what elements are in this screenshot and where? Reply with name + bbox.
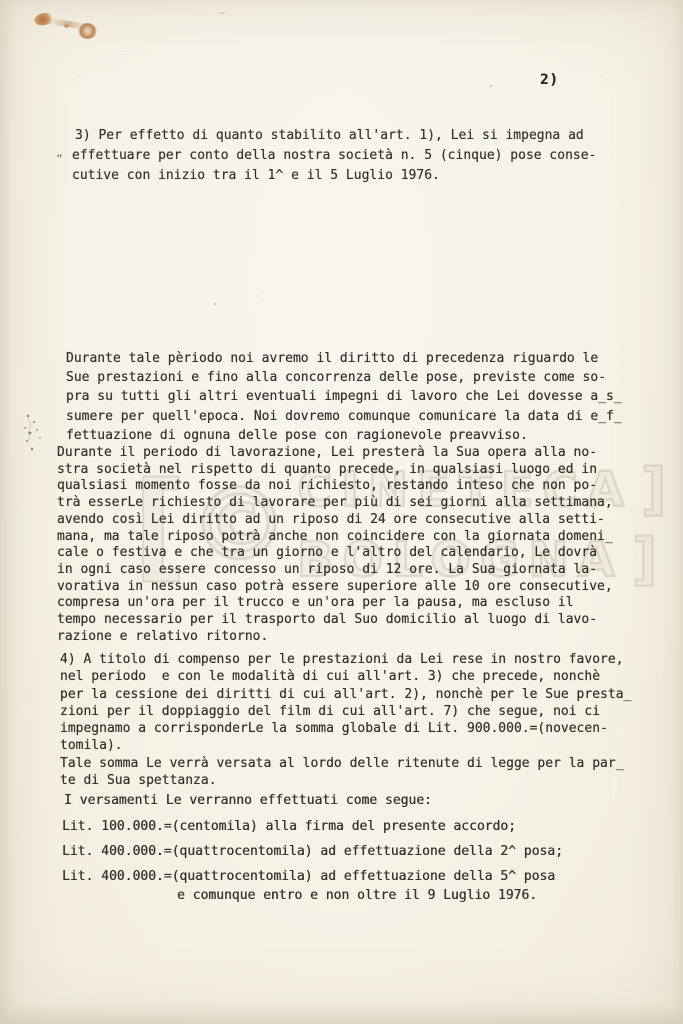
scanned-document-page: [ © CINETECA ] BOLOGNA ] 2) „ 3) Per eff… (0, 0, 683, 1024)
text-line: pra su tutti gli altri eventuali impegni… (66, 387, 622, 406)
text-line: per la cessione dei diritti di cui all'a… (60, 686, 631, 703)
text-line: sumere per quell'epoca. Noi dovremo comu… (66, 407, 622, 426)
rust-stain-dot (64, 24, 69, 28)
text-line: in ogni caso essere concesso un riposo d… (57, 562, 613, 579)
precedence-paragraph: Durante tale pèriodo noi avremo il dirit… (66, 349, 622, 445)
text-line: 4) A titolo di compenso per le prestazio… (60, 651, 631, 668)
paper-speck (490, 85, 492, 87)
page-number: 2) (540, 72, 559, 88)
text-line: tomila). (60, 737, 631, 754)
text-line: te di Sua spettanza. (60, 772, 631, 789)
text-line: compresa un'ora per il trucco e un'ora p… (57, 595, 613, 612)
text-line: effettuare per conto della nostra societ… (72, 146, 596, 166)
text-line: tempo necessario per il trasporto dal Su… (57, 612, 613, 629)
text-line: razione e relativo ritorno. (57, 629, 613, 646)
paper-speck (257, 295, 259, 297)
text-line: stra società nel rispetto di quanto prec… (57, 462, 613, 479)
text-line: zioni per il doppiaggio del film di cui … (60, 703, 631, 720)
text-line: qualsiasi momento fosse da noi richiesto… (57, 478, 613, 495)
text-line: trà esserLe richiesto di lavorare per pi… (57, 495, 613, 512)
payment-item: Lit. 400.000.=(quattrocentomila) ad effe… (62, 844, 563, 859)
text-line: vorativa in nessun caso potrà essere sup… (57, 579, 613, 596)
text-line: Durante tale pèriodo noi avremo il dirit… (66, 349, 622, 368)
rust-stain (78, 23, 97, 39)
watermark-bracket-right-icon: ] (632, 525, 658, 595)
text-line: cale o festiva e che tra un giorno e l'a… (57, 545, 613, 562)
paper-speck (214, 303, 216, 305)
text-line: Sue prestazioni e fino alla concorrenza … (66, 368, 622, 387)
text-line: avendo così Lei diritto ad un riposo di … (57, 512, 613, 529)
text-line: impegnamo a corrisponderLe la somma glob… (60, 720, 631, 737)
payment-item: Lit. 100.000.=(centomila) alla firma del… (62, 819, 516, 834)
margin-ink-scribble (16, 408, 54, 464)
paper-speck (219, 12, 225, 14)
clause-4-paragraph: 4) A titolo di compenso per le prestazio… (60, 651, 631, 789)
text-line: fettuazione di ognuna delle pose con rag… (66, 426, 622, 445)
text-line: Tale somma Le verrà versata al lordo del… (60, 755, 631, 772)
margin-mark: „ (56, 146, 63, 159)
payment-item-continuation: e comunque entro e non oltre il 9 Luglio… (177, 888, 537, 903)
payment-item: Lit. 400.000.=(quattrocentomila) ad effe… (62, 869, 555, 884)
working-period-paragraph: Durante il periodo di lavorazione, Lei p… (57, 445, 613, 645)
payments-intro: I versamenti Le verranno effettuati come… (64, 793, 432, 808)
watermark-bracket-right-icon: ] (641, 455, 667, 525)
text-line: 3) Per effetto di quanto stabilito all'a… (72, 126, 596, 146)
text-line: Durante il periodo di lavorazione, Lei p… (57, 445, 613, 462)
text-line: cutive con inizio tra il 1^ e il 5 Lugli… (72, 166, 596, 186)
text-line: mana, ma tale riposo potrà anche non coi… (57, 529, 613, 546)
clause-3-paragraph: 3) Per effetto di quanto stabilito all'a… (72, 126, 596, 185)
text-line: nel periodo e con le modalità di cui all… (60, 668, 631, 685)
